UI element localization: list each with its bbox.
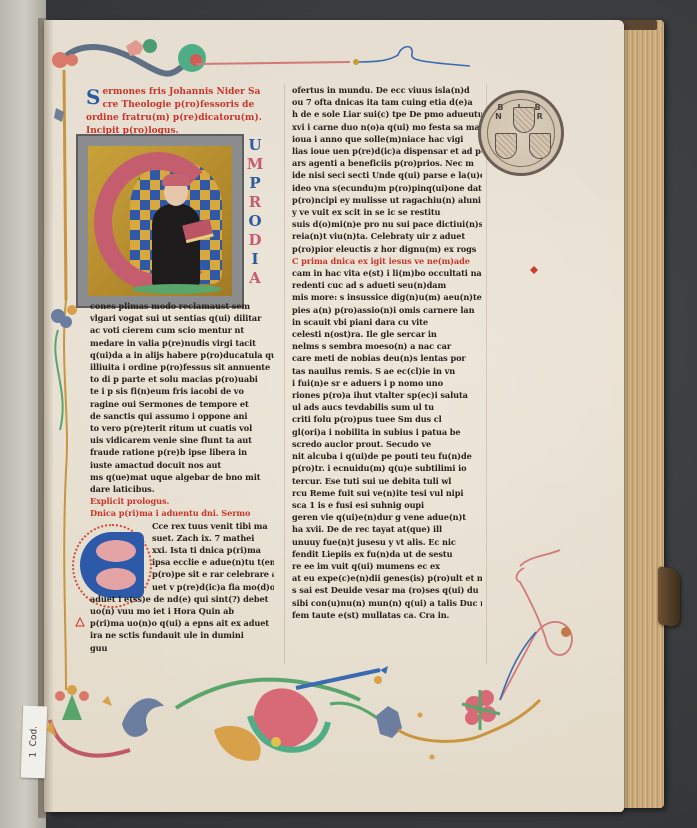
display-capital: O [248,212,261,231]
text-line: q(ui)da a in alijs habere p(ro)ducatula … [90,349,274,361]
vertical-display-capitals: U M P R O D I A [244,136,266,288]
text-line: Explicit prologus. [90,495,274,507]
text-line: ms q(ue)mat uque algebar de bno mit [90,471,274,483]
text-line: to di p parte et solu macias p(ro)uabi [90,373,274,385]
text-line: ide nisi seci secti Unde q(ui) parse e l… [292,169,482,181]
text-line: ou 7 ofta dnicas ita tam cuing etia d(e)… [292,96,482,108]
text-line: rcu Reme fuit sui ve(n)ite tesi vul nipi [292,487,482,499]
text-line: p(ro)ncipi ey mulisse ut ragachiu(n) alu… [292,194,482,206]
stamp-shield-right [529,133,551,159]
text-line: in scauit vbi piani dara cu vite [292,316,482,328]
book-clasp [658,566,680,628]
text-line: uet v p(re)d(ic)a fia mo(d)o dis est fes… [90,581,274,593]
text-line: ars agenti a beneficiis p(ro)prios. Nec … [292,157,482,169]
blue-initial-s: S [86,86,100,108]
text-line: h de e sole Liar sui(c) tpe De pmo adueu… [292,108,482,120]
display-capital: D [248,231,261,250]
stamp-shield-top [513,107,535,133]
display-capital: P [249,174,260,193]
grass-ground [132,284,222,294]
text-line: ira ne sctis fundauit ule in dumini [90,629,274,641]
display-capital: M [247,155,264,174]
text-line: scredo auclor prout. Secudo ve [292,438,482,450]
text-line: i fui(n)e sr e aduers i p nomo uno [292,377,482,389]
text-line: redenti cuc ad s adueti seu(n)dam [292,279,482,291]
shelfmark-line-2: 1 [28,752,38,758]
display-capital: R [249,193,261,212]
display-capital: I [251,250,258,269]
text-line: at eu expe(c)e(n)dii genes(is) p(ro)ult … [292,572,482,584]
monk-hat [162,174,190,186]
text-line: nelms s sembra moeso(n) a nac car [292,340,482,352]
text-line: nit alcuba i q(ui)de pe pouti teu fu(n)d… [292,450,482,462]
text-line: ragine oui Sermones de tempore et [90,398,274,410]
text-line: uis vidicarem venie sine flunt ta aut [90,434,274,446]
sermon-heading: S ermones fris Johannis Nider Sa cre The… [86,86,270,138]
gold-ground [88,146,232,296]
text-line: fendit Liepiis ex fu(n)da ut de sestu [292,548,482,560]
text-line: aduet i e(ss)e de nd(e) qui sint(?) debe… [90,593,274,605]
text-line: dare laticibus. [90,483,274,495]
text-line: fem taute e(st) mullatas ca. Cra in. [292,609,482,621]
text-line: criti folu p(ro)pus tuee Sm dus cl [292,413,482,425]
stamp-shield-left [495,133,517,159]
text-line: ac voti cierem cum scio mentur nt [90,324,274,336]
ruling-line [284,84,285,664]
left-text-column: cones plimas modo reclamaust semvlgari v… [90,300,274,654]
text-line: s sai est Deuide vesar ma (ro)ses q(ui) … [292,584,482,596]
text-line: medare in valia p(re)nudis virgi tacit [90,337,274,349]
shelfmark-label: Cod. 1 [21,706,47,779]
ruling-line [486,84,487,664]
text-line: de sanctis qui assumo i oppone ani [90,410,274,422]
display-capital: U [248,136,261,155]
text-line: suet. Zach ix. 7 mathei [90,532,274,544]
text-line: cam in hac vita e(st) i li(m)bo occultat… [292,267,482,279]
text-line: te i p sis fi(n)eum fris iacobi de vo [90,385,274,397]
text-line: illiuita i ordine p(ro)fessus sit annuen… [90,361,274,373]
text-line: Dnica p(ri)ma i aduentu dni. Sermo [90,507,274,519]
text-line: xvi i carne duo n(o)a q(ui) mo festa sa … [292,121,482,133]
text-line: sibi con(u)nu(n) mun(n) q(ui) a talis Du… [292,597,482,609]
text-line: C prima dnica ex igit iesus ve ne(m)ade [292,255,482,267]
text-line: uo(n) vuu mo iet i Hora Quin ab [90,605,274,617]
text-line: p(ro)tr. i ecnuidu(m) q(u)e subtilimi io [292,462,482,474]
text-line: fraude ratione p(re)b ipse libera in [90,446,274,458]
gutter-shadow [38,18,54,818]
text-line: iuste amactud docuit nos aut [90,459,274,471]
text-line: care meti de nobias deu(n)s lentas por [292,352,482,364]
heading-text: ermones fris Johannis Nider Sa cre Theol… [86,87,262,136]
text-line: riones p(ro)a ihut vtalter sp(ec)i salut… [292,389,482,401]
text-line: celesti n(ost)ra. Ile gle sercar in [292,328,482,340]
text-line: gl(ori)a i nobilita in subius i patua be [292,426,482,438]
text-line: reia(n)t viu(n)ta. Celebraty uir z aduet [292,230,482,242]
text-line: guu [90,642,274,654]
text-line: suis d(o)mi(n)e pro nu sui pace dictiui(… [292,218,482,230]
text-line: ha xvii. De de rec tayat at(que) ill [292,523,482,535]
text-line: xxi. Ista ti dnica p(ri)ma [90,544,274,556]
text-line: sca 1 is e fusi esi suhnig oupi [292,499,482,511]
text-line: p(ro)pe sit e rar celebrare ad [90,568,274,580]
right-text-column: ofertus in mundu. De ecc viuus isla(n)do… [292,84,482,621]
historiated-initial-panel [76,134,244,308]
text-line: ofertus in mundu. De ecc viuus isla(n)d [292,84,482,96]
text-line: lias ioue uen p(re)d(ic)a dispensar et a… [292,145,482,157]
text-line: ioua i anno que solle(m)niace hac vigi [292,133,482,145]
text-line: p(ri)ma uo(n)o q(ui) a epns ait ex aduet [90,617,274,629]
text-line: geren vie q(ui)e(n)dur g vene adue(n)t [292,511,482,523]
text-line: y ve vuit ex scit in se ic se restitu [292,206,482,218]
shelfmark-line-1: Cod. [29,726,40,747]
text-line: tercur. Ese tuti sui ue debita tuli wl [292,475,482,487]
text-line: p(ro)pior eleuctis z hor dignu(m) ex rog… [292,243,482,255]
text-line: unuuy fue(n)t jusesu y vt alis. Ec nic [292,536,482,548]
library-stamp: BIB NOR [478,90,564,176]
text-line: Cce rex tuus venit tibi ma [90,520,274,532]
text-line: ipsa ecclie e adue(n)tu t(em)po [90,556,274,568]
monk-figure [152,204,200,288]
text-line: to vero p(re)terit ritum ut cuatis vol [90,422,274,434]
text-line: cones plimas modo reclamaust sem [90,300,274,312]
text-line: mis more: s insussice dig(n)u(m) aeu(n)t… [292,291,482,303]
display-capital: A [249,269,261,288]
text-line: pies a(n) p(ro)assio(n)i omis carnere la… [292,304,482,316]
text-line: vlgari vogat sui ut sentias q(ui) dilita… [90,312,274,324]
text-line: tas nauilus remis. S ae ec(cl)ie in vn [292,365,482,377]
text-line: ul ads aucs tevdabilis sum ul tu [292,401,482,413]
text-line: ideo vna s(ecundu)m p(ro)pinq(ui)one dat… [292,182,482,194]
text-line: re ee im vuit q(ui) mumens ec ex [292,560,482,572]
